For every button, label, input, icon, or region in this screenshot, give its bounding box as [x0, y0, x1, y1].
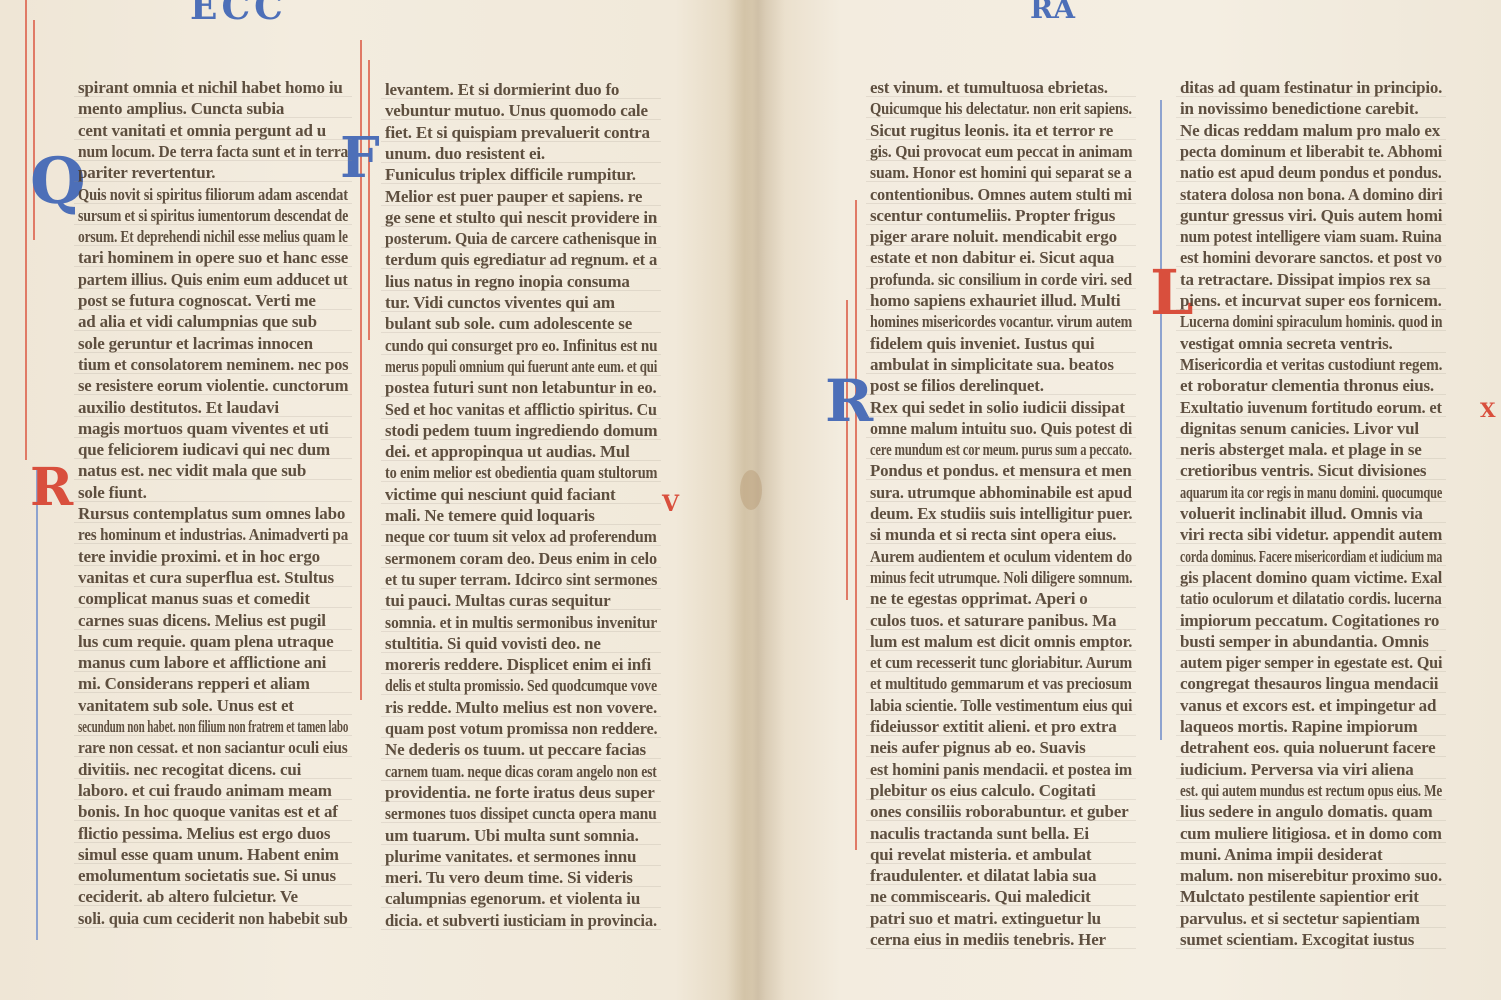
text-line: um tuarum. Ubi multa sunt somnia. [385, 826, 639, 846]
text-line: vanitas et cura superflua est. Stultus [78, 568, 334, 588]
initial-r-large: R [30, 462, 73, 514]
text-line: vestigat omnia secreta ventris. [1180, 334, 1393, 354]
text-line: sursum et si spiritus iumentorum descend… [78, 206, 348, 226]
text-line: Sicut rugitus leonis. ita et terror re [870, 121, 1113, 141]
text-line: neis aufer pignus ab eo. Suavis [870, 738, 1086, 758]
text-line: bonis. In hoc quoque vanitas est et af [78, 802, 338, 822]
text-line: plebitur os eius calculo. Cogitati [870, 781, 1096, 801]
text-line: sura. utrumque abhominabile est apud [870, 483, 1132, 503]
text-line: natio est apud deum pondus et pondus. [1180, 163, 1442, 183]
text-line: Sed et hoc vanitas et afflictio spiritus… [385, 400, 657, 420]
text-line: tui pauci. Multas curas sequitur [385, 591, 610, 611]
text-line: Ne dicas reddam malum pro malo ex [1180, 121, 1440, 141]
text-line: culos tuos. et saturare panibus. Ma [870, 611, 1116, 631]
text-line: bulant sub sole. cum adolescente se [385, 314, 632, 334]
text-line: profunda. sic consilium in corde viri. s… [870, 270, 1132, 290]
text-line: busti semper in abundantia. Omnis [1180, 632, 1429, 652]
text-line: parvulus. et si sectetur sapientiam [1180, 909, 1420, 929]
text-line: impiorum peccatum. Cogitationes ro [1180, 611, 1439, 631]
text-line: calumpnias egenorum. et violenta iu [385, 889, 640, 909]
text-line: neque cor tuum sit velox ad proferendum [385, 527, 657, 547]
margin-letter-x: X [1480, 400, 1496, 420]
text-line: stultitia. Si quid vovisti deo. ne [385, 634, 601, 654]
text-line: lius sedere in angulo domatis. quam [1180, 802, 1432, 822]
text-line: ambulat in simplicitate sua. beatos [870, 355, 1114, 375]
text-line: piens. et incurvat super eos fornicem. [1180, 291, 1442, 311]
text-line: Quis novit si spiritus filiorum adam asc… [78, 185, 348, 205]
text-line: complicat manus suas et comedit [78, 589, 310, 609]
text-line: simul esse quam unum. Habent enim [78, 845, 339, 865]
text-line: deum. Ex studiis suis intelligitur puer. [870, 504, 1132, 524]
text-line: orsum. Et deprehendi nichil esse melius … [78, 227, 348, 247]
text-line: sermonem coram deo. Deus enim in celo [385, 549, 657, 569]
text-line: terdum quis egrediatur ad regnum. et a [385, 250, 657, 270]
text-line: Melior est puer pauper et sapiens. re [385, 187, 642, 207]
left-page-col2: levantem. Et si dormierint duo fovebuntu… [385, 80, 665, 950]
text-line: Misericordia et veritas custodiunt regem… [1180, 355, 1442, 375]
text-line: Aurem audientem et oculum videntem do [870, 547, 1132, 567]
text-line: homines misericordes vocantur. virum aut… [870, 312, 1132, 332]
text-line: tere invidie proximi. et in hoc ergo [78, 547, 320, 567]
text-line: suam. Honor est homini qui separat se a [870, 163, 1132, 183]
text-line: flictio pessima. Melius est ergo duos [78, 824, 330, 844]
text-line: lius natus in regno inopia consuma [385, 272, 630, 292]
text-line: vanus et excors est. et impingetur ad [1180, 696, 1436, 716]
text-line: labia scientie. Tolle vestimentum eius q… [870, 696, 1132, 716]
text-line: sole fiunt. [78, 483, 147, 503]
text-line: sole geruntur et lacrimas innocen [78, 334, 313, 354]
text-line: ta retractare. Dissipat impios rex sa [1180, 270, 1430, 290]
text-line: spirant omnia et nichil habet homo iu [78, 78, 343, 98]
text-line: ge sene et stulto qui nescit providere i… [385, 208, 657, 228]
text-line: ne te egestas opprimat. Aperi o [870, 589, 1088, 609]
text-line: carnem tuam. neque dicas coram angelo no… [385, 762, 657, 782]
text-line: plurime vanitates. et sermones innu [385, 847, 636, 867]
text-line: fraudulenter. et dilatat labia sua [870, 866, 1096, 886]
flourish-right-col1-b [846, 300, 848, 600]
text-line: posterum. Quia de carcere cathenisque in [385, 229, 657, 249]
text-line: ceciderit. ab altero fulcietur. Ve [78, 887, 298, 907]
text-line: detrahent eos. quia noluerunt facere [1180, 738, 1436, 758]
text-line: Rursus contemplatus sum omnes labo [78, 504, 345, 524]
text-line: Pondus et pondus. et mensura et men [870, 461, 1132, 481]
text-line: muni. Anima impii desiderat [1180, 845, 1382, 865]
text-line: est homini panis mendacii. et postea im [870, 760, 1132, 780]
text-line: lum est malum est dicit omnis emptor. [870, 632, 1132, 652]
flourish-col2-b [368, 60, 370, 340]
text-line: cundo qui consurget pro eo. Infinitus es… [385, 336, 657, 356]
text-line: gis. Qui provocat eum peccat in animam [870, 142, 1132, 162]
text-line: aquarum ita cor regis in manu domini. qu… [1180, 483, 1442, 503]
text-line: et cum recesserit tunc gloriabitur. Auru… [870, 653, 1132, 673]
text-line: cere mundum est cor meum. purus sum a pe… [870, 440, 1132, 460]
text-line: malum. non miserebitur proximo suo. [1180, 866, 1442, 886]
text-line: sermones tuos dissipet cuncta opera manu [385, 804, 657, 824]
text-line: stodi pedem tuum ingrediendo domum [385, 421, 657, 441]
text-line: post se futura cognoscat. Verti me [78, 291, 316, 311]
right-page-col2: ditas ad quam festinatur in principio.in… [1180, 78, 1450, 948]
text-line: congregat thesauros lingua mendacii [1180, 674, 1438, 694]
text-line: si munda et si recta sint opera eius. [870, 525, 1116, 545]
text-line: num locum. De terra facta sunt et in ter… [78, 142, 348, 162]
flourish-right-col1 [855, 200, 857, 850]
text-line: est vinum. et tumultuosa ebrietas. [870, 78, 1108, 98]
text-line: Mulctato pestilente sapientior erit [1180, 887, 1419, 907]
text-line: cum muliere litigiosa. et in domo com [1180, 824, 1442, 844]
text-line: tium et consolatorem neminem. nec pos [78, 355, 348, 375]
text-line: sumet scientiam. Excogitat iustus [1180, 930, 1414, 950]
text-line: pariter revertentur. [78, 163, 215, 183]
text-line: vebuntur mutuo. Unus quomodo cale [385, 101, 648, 121]
text-line: post se filios derelinquet. [870, 376, 1044, 396]
text-line: tari hominem in opere suo et hanc esse [78, 248, 348, 268]
text-line: meri. Tu vero deum time. Si videris [385, 868, 633, 888]
text-line: omne malum intuitu suo. Quis potest di [870, 419, 1132, 439]
text-line: iudicium. Perversa via viri aliena [1180, 760, 1414, 780]
text-line: homo sapiens exhauriet illud. Multi [870, 291, 1120, 311]
text-line: ones consiliis roborabuntur. et guber [870, 802, 1129, 822]
text-line: cerna eius in mediis tenebris. Her [870, 930, 1106, 950]
text-line: tatio oculorum et dilatatio cordis. luce… [1180, 589, 1442, 609]
text-line: et multitudo gemmarum et vas preciosum [870, 674, 1132, 694]
flourish-left-margin [25, 0, 27, 460]
text-line: vanitatem sub sole. Unus est et [78, 696, 294, 716]
text-line: postea futuri sunt non letabuntur in eo. [385, 378, 657, 398]
text-line: scentur contumeliis. Propter frigus [870, 206, 1115, 226]
text-line: Lucerna domini spiraculum hominis. quod … [1180, 312, 1442, 332]
text-line: fideiussor extitit alieni. et pro extra [870, 717, 1117, 737]
text-line: emolumentum societatis sue. Si unus [78, 866, 336, 886]
text-line: est. qui autem mundus est rectum opus ei… [1180, 781, 1442, 801]
text-line: magis mortuos quam viventes et uti [78, 419, 329, 439]
text-line: corda dominus. Facere misericordiam et i… [1180, 547, 1442, 567]
text-line: patri suo et matri. extinguetur lu [870, 909, 1101, 929]
text-line: qui revelat misteria. et ambulat [870, 845, 1091, 865]
text-line: providentia. ne forte iratus deus super [385, 783, 655, 803]
text-line: num potest intelligere viam suam. Ruina [1180, 227, 1442, 247]
text-line: partem illius. Quis enim eum adducet ut [78, 270, 348, 290]
text-line: pecta dominum et liberabit te. Abhomi [1180, 142, 1442, 162]
text-line: Funiculus triplex difficile rumpitur. [385, 165, 636, 185]
text-line: contentionibus. Omnes autem stulti mi [870, 185, 1132, 205]
text-line: dicia. et subverti iusticiam in provinci… [385, 911, 657, 931]
text-line: natus est. nec vidit mala que sub [78, 461, 306, 481]
initial-r-right: R [825, 372, 873, 430]
text-line: Ne dederis os tuum. ut peccare facias [385, 740, 646, 760]
text-line: manus cum labore et afflictione ani [78, 653, 326, 673]
text-line: mento amplius. Cuncta subia [78, 99, 284, 119]
text-line: delis et stulta promissio. Sed quodcumqu… [385, 676, 657, 696]
text-line: laqueos mortis. Rapine impiorum [1180, 717, 1417, 737]
text-line: voluerit inclinabit illud. Omnis via [1180, 504, 1423, 524]
text-line: guntur gressus viri. Quis autem homi [1180, 206, 1442, 226]
flourish-right-col2 [1160, 100, 1162, 740]
text-line: mali. Ne temere quid loquaris [385, 506, 595, 526]
text-line: in novissimo benedictione carebit. [1180, 99, 1418, 119]
text-line: laboro. et cui fraudo animam meam [78, 781, 332, 801]
text-line: naculis tractanda sunt bella. Ei [870, 824, 1089, 844]
stain [740, 470, 762, 510]
text-line: estate et non dabitur ei. Sicut aqua [870, 248, 1114, 268]
running-header-left: ECC [190, 0, 287, 28]
text-line: dignitas senum canicies. Livor vul [1180, 419, 1419, 439]
text-line: que feliciorem iudicavi qui nec dum [78, 440, 330, 460]
text-line: neris absterget mala. et plage in se [1180, 440, 1422, 460]
text-line: quam post votum promissa non reddere. [385, 719, 657, 739]
text-line: divitiis. nec recogitat dicens. cui [78, 760, 301, 780]
text-line: res hominum et industrias. Animadverti p… [78, 525, 348, 545]
text-line: ditas ad quam festinatur in principio. [1180, 78, 1442, 98]
text-line: gis placent domino quam victime. Exal [1180, 568, 1442, 588]
text-line: victime qui nesciunt quid faciant [385, 485, 615, 505]
text-line: tur. Vidi cunctos viventes qui am [385, 293, 615, 313]
text-line: et roboratur clementia thronus eius. [1180, 376, 1434, 396]
text-line: moreris reddere. Displicet enim ei infi [385, 655, 651, 675]
text-line: cretioribus ventris. Sicut divisiones [1180, 461, 1426, 481]
text-line: unum. duo resistent ei. [385, 144, 545, 164]
text-line: Quicumque his delectatur. non erit sapie… [870, 99, 1132, 119]
text-line: autem piger semper in egestate est. Qui [1180, 653, 1442, 673]
text-line: cent vanitati et omnia pergunt ad u [78, 121, 326, 141]
text-line: et tu super terram. Idcirco sint sermone… [385, 570, 657, 590]
right-page-col1: est vinum. et tumultuosa ebrietas.Quicum… [870, 78, 1140, 948]
text-line: carnes suas dicens. Melius est pugil [78, 611, 326, 631]
text-line: minus fecit utrumque. Noli diligere somn… [870, 568, 1132, 588]
text-line: piger arare noluit. mendicabit ergo [870, 227, 1117, 247]
text-line: mi. Considerans repperi et aliam [78, 674, 310, 694]
running-header-right: RA [1030, 0, 1075, 25]
text-line: Exultatio iuvenum fortitudo eorum. et [1180, 398, 1442, 418]
text-line: ris redde. Multo melius est non vovere. [385, 698, 657, 718]
text-line: Rex qui sedet in solio iudicii dissipat [870, 398, 1125, 418]
text-line: est homini devorare sanctos. et post vo [1180, 248, 1442, 268]
text-line: merus populi omnium qui fuerunt ante eum… [385, 357, 657, 377]
left-page-col1: spirant omnia et nichil habet homo iumen… [78, 78, 353, 948]
text-line: soli. quia cum ceciderit non habebit sub [78, 909, 348, 929]
text-line: se resistere eorum violentie. cunctorum [78, 376, 348, 396]
text-line: levantem. Et si dormierint duo fo [385, 80, 619, 100]
text-line: auxilio destitutos. Et laudavi [78, 398, 279, 418]
text-line: lus cum requie. quam plena utraque [78, 632, 333, 652]
text-line: ne commiscearis. Qui maledicit [870, 887, 1091, 907]
text-line: viri recta sibi videtur. appendit autem [1180, 525, 1442, 545]
text-line: rare non cessat. et non saciantur oculi … [78, 738, 348, 758]
text-line: fiet. Et si quispiam prevaluerit contra [385, 123, 650, 143]
text-line: dei. et appropinqua ut audias. Mul [385, 442, 630, 462]
text-line: somnia. et in multis sermonibus invenitu… [385, 613, 657, 633]
text-line: statera dolosa non bona. A domino diri [1180, 185, 1442, 205]
text-line: fidelem quis inveniet. Iustus qui [870, 334, 1094, 354]
text-line: secundum non habet. non filium non fratr… [78, 717, 348, 737]
text-line: ad alia et vidi calumpnias que sub [78, 312, 317, 332]
text-line: to enim melior est obedientia quam stult… [385, 463, 657, 483]
flourish-left-lower [36, 470, 38, 940]
